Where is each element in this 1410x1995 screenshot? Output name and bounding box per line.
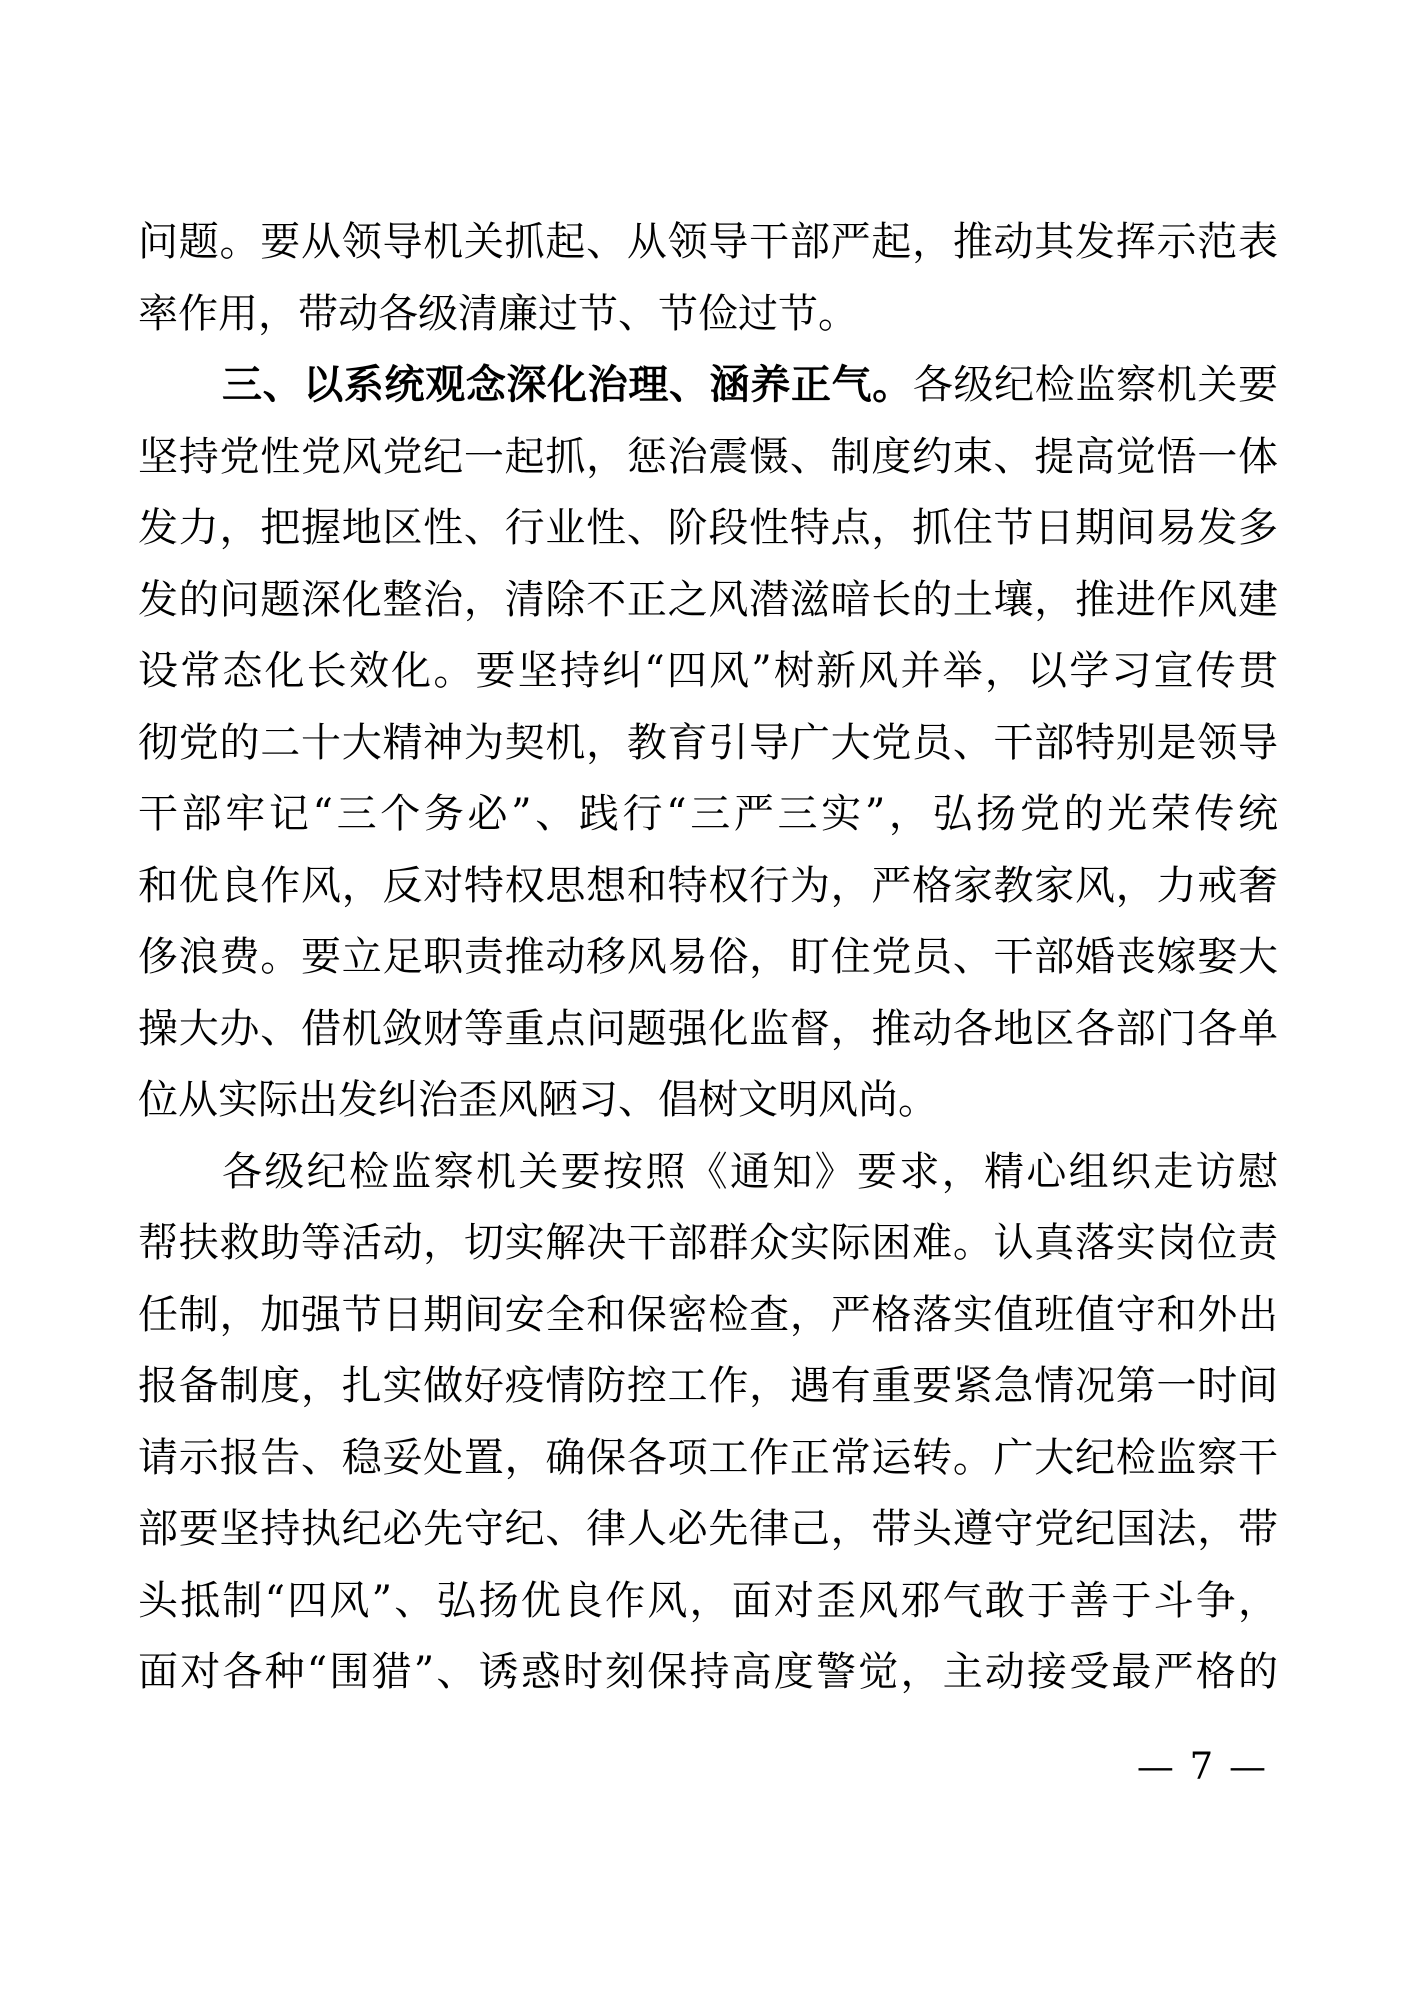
text-line: 帮扶救助等活动，切实解决干部群众实际困难。认真落实岗位责 — [138, 1208, 1278, 1280]
text-line: 操大办、借机敛财等重点问题强化监督，推动各地区各部门各单 — [138, 994, 1278, 1066]
text-line: 率作用，带动各级清廉过节、节俭过节。 — [138, 279, 1278, 351]
text-line: 三、以系统观念深化治理、涵养正气。各级纪检监察机关要 — [138, 350, 1278, 422]
text-line: 请示报告、稳妥处置，确保各项工作正常运转。广大纪检监察干 — [138, 1423, 1278, 1495]
text-line: 问题。要从领导机关抓起、从领导干部严起，推动其发挥示范表 — [138, 207, 1278, 279]
text-line: 面对各种“围猎”、诱惑时刻保持高度警觉，主动接受最严格的 — [138, 1637, 1278, 1709]
page-number: — 7 — — [1137, 1744, 1268, 1790]
text-line: 各级纪检监察机关要按照《通知》要求，精心组织走访慰问、 — [138, 1137, 1278, 1209]
text-run: 各级纪检监察机关要 — [913, 362, 1278, 408]
text-line: 发的问题深化整治，清除不正之风潜滋暗长的土壤，推进作风建 — [138, 565, 1278, 637]
text-line: 报备制度，扎实做好疫情防控工作，遇有重要紧急情况第一时间 — [138, 1351, 1278, 1423]
text-line: 坚持党性党风党纪一起抓，惩治震慑、制度约束、提高觉悟一体 — [138, 422, 1278, 494]
text-line: 发力，把握地区性、行业性、阶段性特点，抓住节日期间易发多 — [138, 493, 1278, 565]
text-line: 头抵制“四风”、弘扬优良作风，面对歪风邪气敢于善于斗争， — [138, 1566, 1278, 1638]
text-line: 位从实际出发纠治歪风陋习、倡树文明风尚。 — [138, 1065, 1278, 1137]
document-body: 问题。要从领导机关抓起、从领导干部严起，推动其发挥示范表 率作用，带动各级清廉过… — [138, 207, 1278, 1709]
text-line: 干部牢记“三个务必”、践行“三严三实”，弘扬党的光荣传统 — [138, 779, 1278, 851]
text-line: 和优良作风，反对特权思想和特权行为，严格家教家风，力戒奢 — [138, 851, 1278, 923]
text-line: 侈浪费。要立足职责推动移风易俗，盯住党员、干部婚丧嫁娶大 — [138, 922, 1278, 994]
section-heading: 三、以系统观念深化治理、涵养正气。 — [222, 362, 913, 408]
text-line: 任制，加强节日期间安全和保密检查，严格落实值班值守和外出 — [138, 1280, 1278, 1352]
text-line: 彻党的二十大精神为契机，教育引导广大党员、干部特别是领导 — [138, 708, 1278, 780]
text-line: 设常态化长效化。要坚持纠“四风”树新风并举，以学习宣传贯 — [138, 636, 1278, 708]
text-line: 部要坚持执纪必先守纪、律人必先律己，带头遵守党纪国法，带 — [138, 1494, 1278, 1566]
document-page: 问题。要从领导机关抓起、从领导干部严起，推动其发挥示范表 率作用，带动各级清廉过… — [0, 0, 1410, 1995]
